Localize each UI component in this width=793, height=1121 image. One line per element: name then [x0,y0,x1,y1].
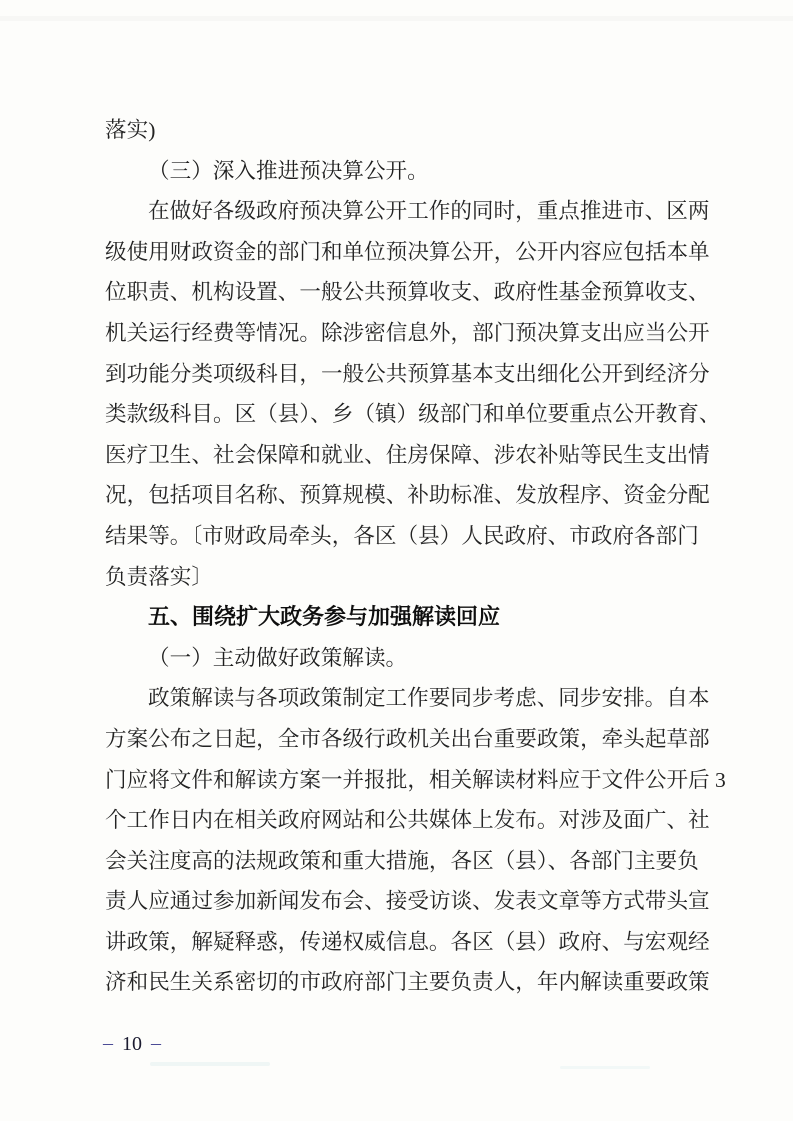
text-line: 负责落实〕 [105,557,717,598]
text-line: 落实) [105,110,717,151]
text-line: 在做好各级政府预决算公开工作的同时，重点推进市、区两 [105,191,717,232]
text-line: 医疗卫生、社会保障和就业、住房保障、涉农补贴等民生支出情 [105,435,717,476]
text-line: 责人应通过参加新闻发布会、接受访谈、发表文章等方式带头宣 [105,881,717,922]
text-line: 个工作日内在相关政府网站和公共媒体上发布。对涉及面广、社 [105,800,717,841]
text-line: 门应将文件和解读方案一并报批，相关解读材料应于文件公开后 3 [105,760,717,801]
footer-dash-right: – [151,1033,161,1053]
subsection-heading: （三）深入推进预决算公开。 [105,151,717,192]
text-line: 级使用财政资金的部门和单位预决算公开，公开内容应包括本单 [105,232,717,273]
text-line: 方案公布之日起，全市各级行政机关出台重要政策，牵头起草部 [105,719,717,760]
scan-artifact-top [0,16,793,21]
text-line: 结果等。〔市财政局牵头，各区（县）人民政府、市政府各部门 [105,516,717,557]
text-line: 况，包括项目名称、预算规模、补助标准、发放程序、资金分配 [105,475,717,516]
page-footer: – 10 – [103,1031,161,1057]
scan-artifact-smudge [560,1066,650,1069]
page-number: 10 [122,1033,142,1056]
section-heading: 五、围绕扩大政务参与加强解读回应 [105,597,717,638]
text-line: 到功能分类项级科目，一般公共预算基本支出细化公开到经济分 [105,354,717,395]
text-line: 机关运行经费等情况。除涉密信息外，部门预决算支出应当公开 [105,313,717,354]
text-block: 落实) （三）深入推进预决算公开。 在做好各级政府预决算公开工作的同时，重点推进… [105,110,717,1003]
scan-artifact-smudge [150,1062,270,1066]
text-line: 位职责、机构设置、一般公共预算收支、政府性基金预算收支、 [105,272,717,313]
subsection-heading: （一）主动做好政策解读。 [105,638,717,679]
footer-dash-left: – [103,1033,113,1053]
text-line: 会关注度高的法规政策和重大措施，各区（县）、各部门主要负 [105,841,717,882]
document-page: 落实) （三）深入推进预决算公开。 在做好各级政府预决算公开工作的同时，重点推进… [0,0,793,1121]
text-line: 类款级科目。区（县）、乡（镇）级部门和单位要重点公开教育、 [105,394,717,435]
text-line: 济和民生关系密切的市政府部门主要负责人，年内解读重要政策 [105,962,717,1003]
text-line: 讲政策，解疑释惑，传递权威信息。各区（县）政府、与宏观经 [105,922,717,963]
text-line: 政策解读与各项政策制定工作要同步考虑、同步安排。自本 [105,678,717,719]
